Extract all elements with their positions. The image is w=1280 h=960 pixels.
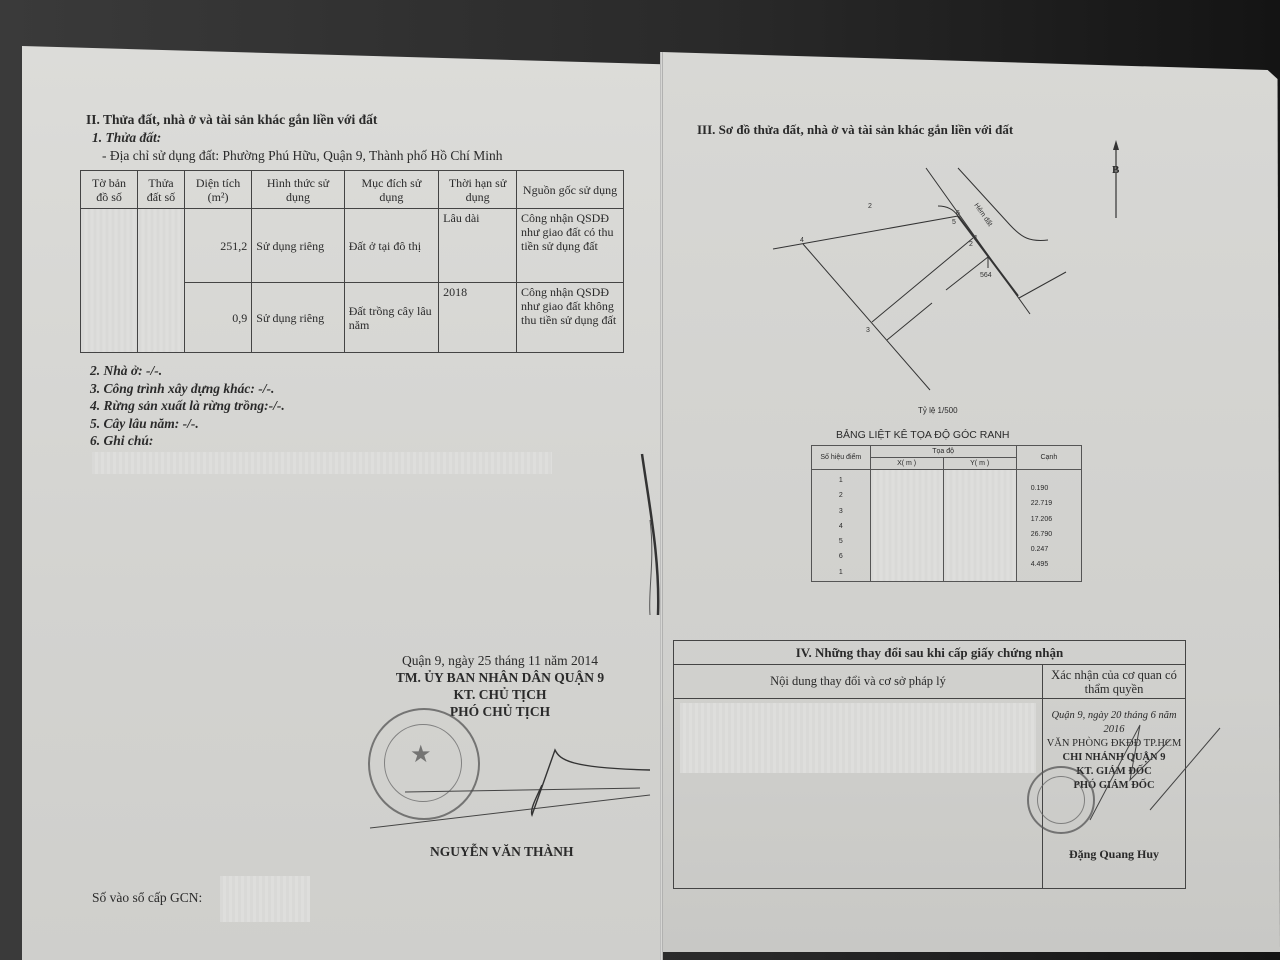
col-purpose: Mục đích sử dụng — [344, 171, 438, 209]
point-2: 2 — [969, 241, 973, 248]
ink-mark — [620, 450, 680, 620]
parcel-table: Tờ bản đồ số Thửa đất số Diện tích (m²) … — [80, 170, 624, 353]
other-assets-list: 2. Nhà ở: -/-. 3. Công trình xây dựng kh… — [90, 362, 285, 450]
left-signature-block: Quận 9, ngày 25 tháng 11 năm 2014 TM. ỦY… — [350, 652, 650, 720]
item-house: 2. Nhà ở: -/-. — [90, 362, 285, 380]
edge-list: 0.190 22.719 17.206 26.790 0.247 4.495 — [1016, 470, 1081, 582]
coord-table: Số hiệu điểm Tọa độ Cạnh X( m ) Y( m ) 1… — [811, 445, 1082, 582]
col-origin: Nguồn gốc sử dụng — [517, 171, 624, 209]
col-form: Hình thức sử dụng — [252, 171, 344, 209]
point-3: 3 — [866, 327, 870, 334]
purpose-cell: Đất trồng cây lâu năm — [344, 283, 438, 353]
col-term: Thời hạn sử dụng — [439, 171, 517, 209]
col-confirmation: Xác nhận của cơ quan có thẩm quyền — [1043, 665, 1186, 699]
redacted-y-values — [943, 470, 1016, 582]
issuing-authority: TM. ỦY BAN NHÂN DÂN QUẬN 9 — [350, 669, 650, 686]
term-cell: 2018 — [439, 283, 517, 353]
north-arrow-icon — [1106, 138, 1126, 220]
col-point-no: Số hiệu điểm — [812, 446, 871, 470]
neighbor-label: 2 — [868, 203, 872, 210]
issue-date: Quận 9, ngày 25 tháng 11 năm 2014 — [350, 652, 650, 669]
area-cell: 251,2 — [184, 209, 251, 283]
branch-signature-scribble — [1070, 720, 1230, 840]
north-label: B — [1112, 164, 1119, 176]
redacted-notes — [92, 452, 552, 474]
col-area: Diện tích (m²) — [184, 171, 251, 209]
redacted-registry-number — [220, 876, 310, 922]
col-map-sheet: Tờ bản đồ số — [81, 171, 138, 209]
table-row: 251,2 Sử dụng riêng Đất ở tại đô thị Lâu… — [81, 209, 624, 283]
origin-cell: Công nhận QSDĐ như giao đất không thu ti… — [517, 283, 624, 353]
point-list: 1 2 3 4 5 6 1 — [812, 470, 871, 582]
col-y: Y( m ) — [943, 458, 1016, 470]
map-scale: Tỷ lệ 1/500 — [918, 406, 958, 415]
col-change-content: Nội dung thay đổi và cơ sở pháp lý — [674, 665, 1043, 699]
form-cell: Sử dụng riêng — [252, 209, 344, 283]
signature-scribble — [360, 740, 660, 830]
section-iii-title: III. Sơ đồ thửa đất, nhà ở và tài sản kh… — [697, 122, 1013, 138]
purpose-cell: Đất ở tại đô thị — [344, 209, 438, 283]
redacted-x-values — [870, 470, 943, 582]
changes-title: IV. Những thay đổi sau khi cấp giấy chứn… — [674, 641, 1186, 665]
redacted-change-content — [680, 703, 1036, 773]
item-notes: 6. Ghi chú: — [90, 432, 285, 450]
point-4: 4 — [800, 237, 804, 244]
origin-cell: Công nhận QSDĐ như giao đất có thu tiền … — [517, 209, 624, 283]
parcel-heading: 1. Thửa đất: — [92, 130, 161, 146]
confirm-signer-name: Đặng Quang Huy — [1044, 847, 1184, 861]
address-line: - Địa chỉ sử dụng đất: Phường Phú Hữu, Q… — [102, 148, 502, 164]
col-edge: Cạnh — [1016, 446, 1081, 470]
parcel-no-cell — [138, 209, 185, 353]
item-perennial-trees: 5. Cây lâu năm: -/-. — [90, 415, 285, 433]
form-cell: Sử dụng riêng — [252, 283, 344, 353]
parcel-number-label: 564 — [980, 272, 992, 279]
registry-label: Số vào sổ cấp GCN: — [92, 890, 202, 906]
coord-table-title: BẢNG LIỆT KÊ TỌA ĐỘ GÓC RANH — [836, 429, 1010, 441]
col-parcel-no: Thửa đất số — [138, 171, 185, 209]
point-5: 5 — [952, 219, 956, 226]
col-coordinates: Tọa độ — [870, 446, 1016, 458]
change-content-cell — [674, 699, 1043, 889]
col-x: X( m ) — [870, 458, 943, 470]
signer-title-1: KT. CHỦ TỊCH — [350, 686, 650, 703]
map-sheet-cell — [81, 209, 138, 353]
point-1: 1 — [974, 235, 978, 242]
parcel-diagram: 2 4 6 5 1 2 3 564 Hẻm đất — [760, 150, 1140, 420]
item-other-construction: 3. Công trình xây dựng khác: -/-. — [90, 380, 285, 398]
section-ii-title: II. Thửa đất, nhà ở và tài sản khác gắn … — [86, 112, 377, 128]
point-6: 6 — [956, 210, 960, 217]
signer-name: NGUYỄN VĂN THÀNH — [430, 844, 574, 860]
term-cell: Lâu dài — [439, 209, 517, 283]
area-cell: 0,9 — [184, 283, 251, 353]
item-plantation-forest: 4. Rừng sản xuất là rừng trồng:-/-. — [90, 397, 285, 415]
